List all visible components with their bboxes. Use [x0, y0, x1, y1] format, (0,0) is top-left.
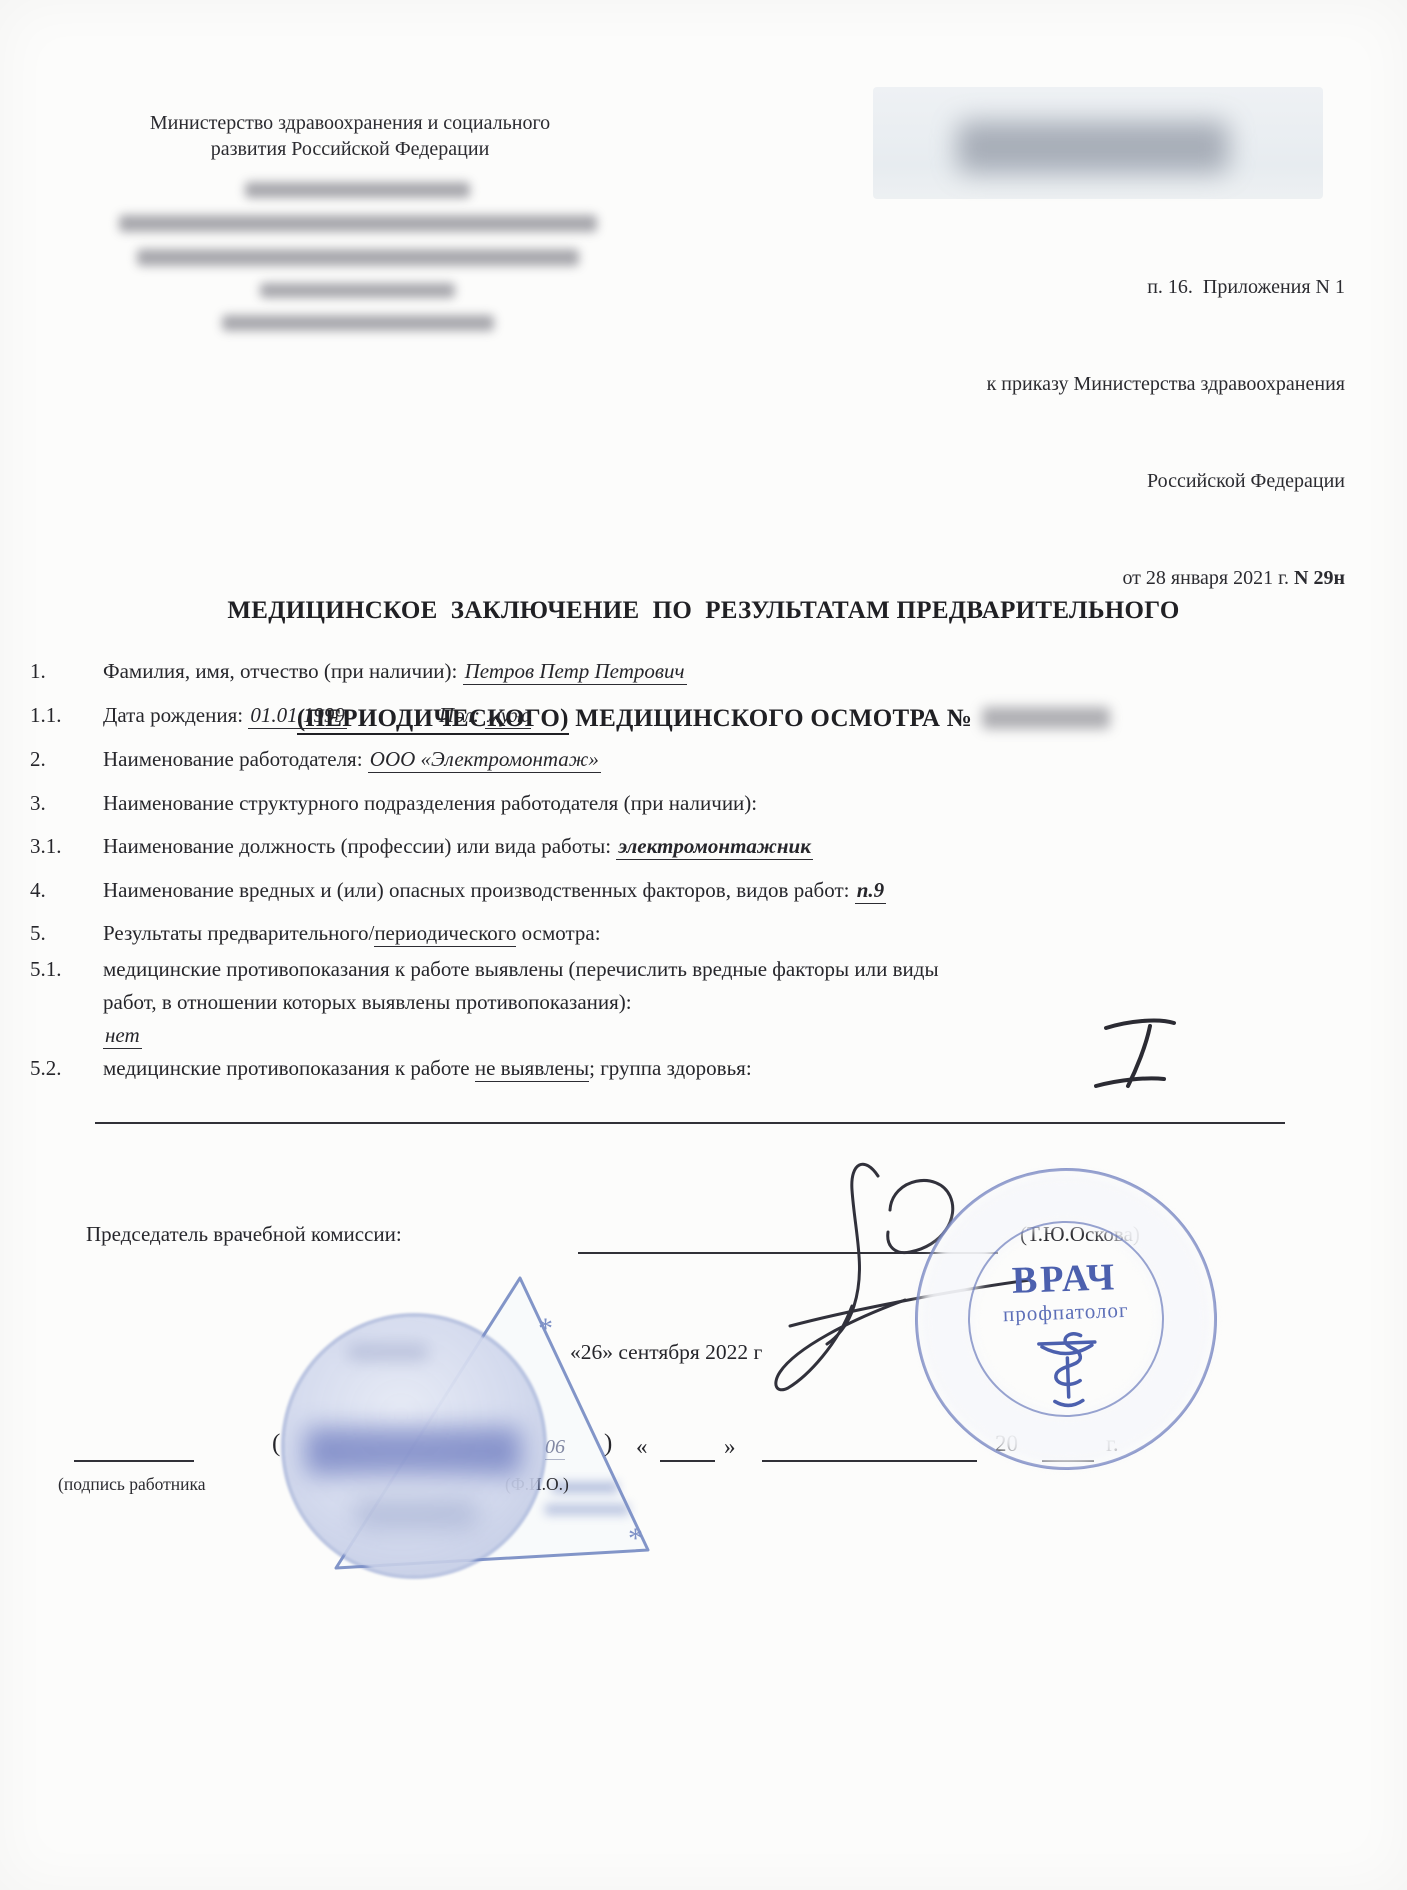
- order-line-2: к приказу Министерства здравоохранения: [987, 368, 1345, 400]
- form-item-1: 1. Фамилия, имя, отчество (при наличии):…: [30, 655, 1328, 688]
- redacted-line: [245, 182, 470, 198]
- form-item-1-1: 1.1. Дата рождения: 01.01.1999Пол: муж: [30, 699, 1328, 732]
- redacted-line: [260, 283, 455, 298]
- redacted-blob: [957, 121, 1229, 173]
- item-label: Наименование должность (профессии) или в…: [103, 834, 616, 858]
- item-value-sex: муж: [485, 703, 531, 729]
- asterisk-mark: *: [538, 1312, 553, 1345]
- redacted-line: [119, 215, 597, 232]
- item-label: Дата рождения:: [103, 703, 248, 727]
- item-label: Наименование вредных и (или) опасных про…: [103, 878, 855, 902]
- paren-close: ): [604, 1430, 612, 1458]
- item-number: 5.: [30, 917, 103, 950]
- item-number: 1.: [30, 655, 103, 688]
- item-value-employer: ООО «Электромонтаж»: [368, 747, 601, 773]
- item-value-none: нет: [103, 1023, 142, 1049]
- item-number: 5.1.: [30, 953, 103, 1052]
- item-number: 3.: [30, 787, 103, 820]
- stamp-content: ВРАЧ профпатолог: [910, 1163, 1220, 1421]
- handwritten-health-group: [1088, 1012, 1184, 1096]
- item-number: 2.: [30, 743, 103, 776]
- item-label: ; группа здоровья:: [589, 1056, 752, 1080]
- redacted-line: [222, 315, 494, 331]
- redacted-stamp-text: [355, 1499, 477, 1529]
- item-label-sex: Пол:: [439, 703, 486, 727]
- commission-chair-label: Председатель врачебной комиссии:: [86, 1222, 402, 1247]
- item-label: Фамилия, имя, отчество (при наличии):: [103, 659, 463, 683]
- quote-close: »: [724, 1434, 736, 1460]
- doctor-round-stamp: ВРАЧ профпатолог: [910, 1163, 1222, 1475]
- day-rule: [660, 1460, 715, 1462]
- item-label-line-2: работ, в отношении которых выявлены прот…: [103, 990, 632, 1014]
- redacted-line: [137, 249, 579, 266]
- item-label-line-1: медицинские противопоказания к работе вы…: [103, 957, 939, 981]
- quote-open: «: [636, 1434, 648, 1460]
- order-line-1: п. 16. Приложения N 1: [987, 271, 1345, 303]
- redacted-org-block: [115, 182, 600, 348]
- item-label: Наименование работодателя:: [103, 747, 368, 771]
- paren-open: (: [272, 1430, 280, 1458]
- ministry-line-2: развития Российской Федерации: [125, 136, 575, 162]
- obscured-print: 06: [545, 1436, 565, 1460]
- form-item-5: 5. Результаты предварительного/периодиче…: [30, 917, 1328, 950]
- scanned-medical-conclusion-document: Министерство здравоохранения и социально…: [0, 0, 1407, 1890]
- item-number: 5.2.: [30, 1052, 103, 1085]
- caption-worker-signature: (подпись работника: [58, 1474, 206, 1495]
- form-item-4: 4. Наименование вредных и (или) опасных …: [30, 874, 1328, 907]
- item-label-underlined: периодического: [374, 921, 516, 947]
- item-value-hazard: п.9: [855, 878, 886, 904]
- item-label: Результаты предварительного/: [103, 921, 374, 945]
- blurred-round-stamp: [285, 1317, 543, 1575]
- ministry-line-1: Министерство здравоохранения и социально…: [125, 110, 575, 136]
- redacted-stamp-text: [347, 1343, 429, 1361]
- item-label-underlined: не выявлены: [475, 1056, 589, 1082]
- redacted-stamp-text: [305, 1427, 521, 1475]
- item-number: 4.: [30, 874, 103, 907]
- ministry-heading: Министерство здравоохранения и социально…: [125, 110, 575, 163]
- item-value-fio: Петров Петр Петрович: [463, 659, 687, 685]
- item-label: Наименование структурного подразделения …: [103, 791, 757, 815]
- item-value-profession: электромонтажник: [616, 834, 813, 860]
- form-item-3: 3. Наименование структурного подразделен…: [30, 787, 1328, 820]
- redacted-triangle-text: [545, 1504, 629, 1515]
- fill-in-rule: [95, 1122, 1285, 1124]
- item-number: 1.1.: [30, 699, 103, 732]
- form-item-3-1: 3.1. Наименование должность (профессии) …: [30, 830, 1328, 863]
- worker-signature-rule: [74, 1460, 194, 1462]
- item-label: осмотра:: [516, 921, 600, 945]
- order-line-3: Российской Федерации: [987, 465, 1345, 497]
- bowl-of-hygieia-icon: [1034, 1330, 1101, 1412]
- title-line-1: МЕДИЦИНСКОЕ ЗАКЛЮЧЕНИЕ ПО РЕЗУЛЬТАТАМ ПР…: [0, 593, 1407, 629]
- asterisk-mark: *: [628, 1522, 643, 1555]
- item-number: 3.1.: [30, 830, 103, 863]
- redacted-header-box: [873, 87, 1323, 199]
- item-label: медицинские противопоказания к работе: [103, 1056, 475, 1080]
- item-value-birthdate: 01.01.1999: [248, 703, 347, 729]
- form-item-2: 2. Наименование работодателя: ООО «Элект…: [30, 743, 1328, 776]
